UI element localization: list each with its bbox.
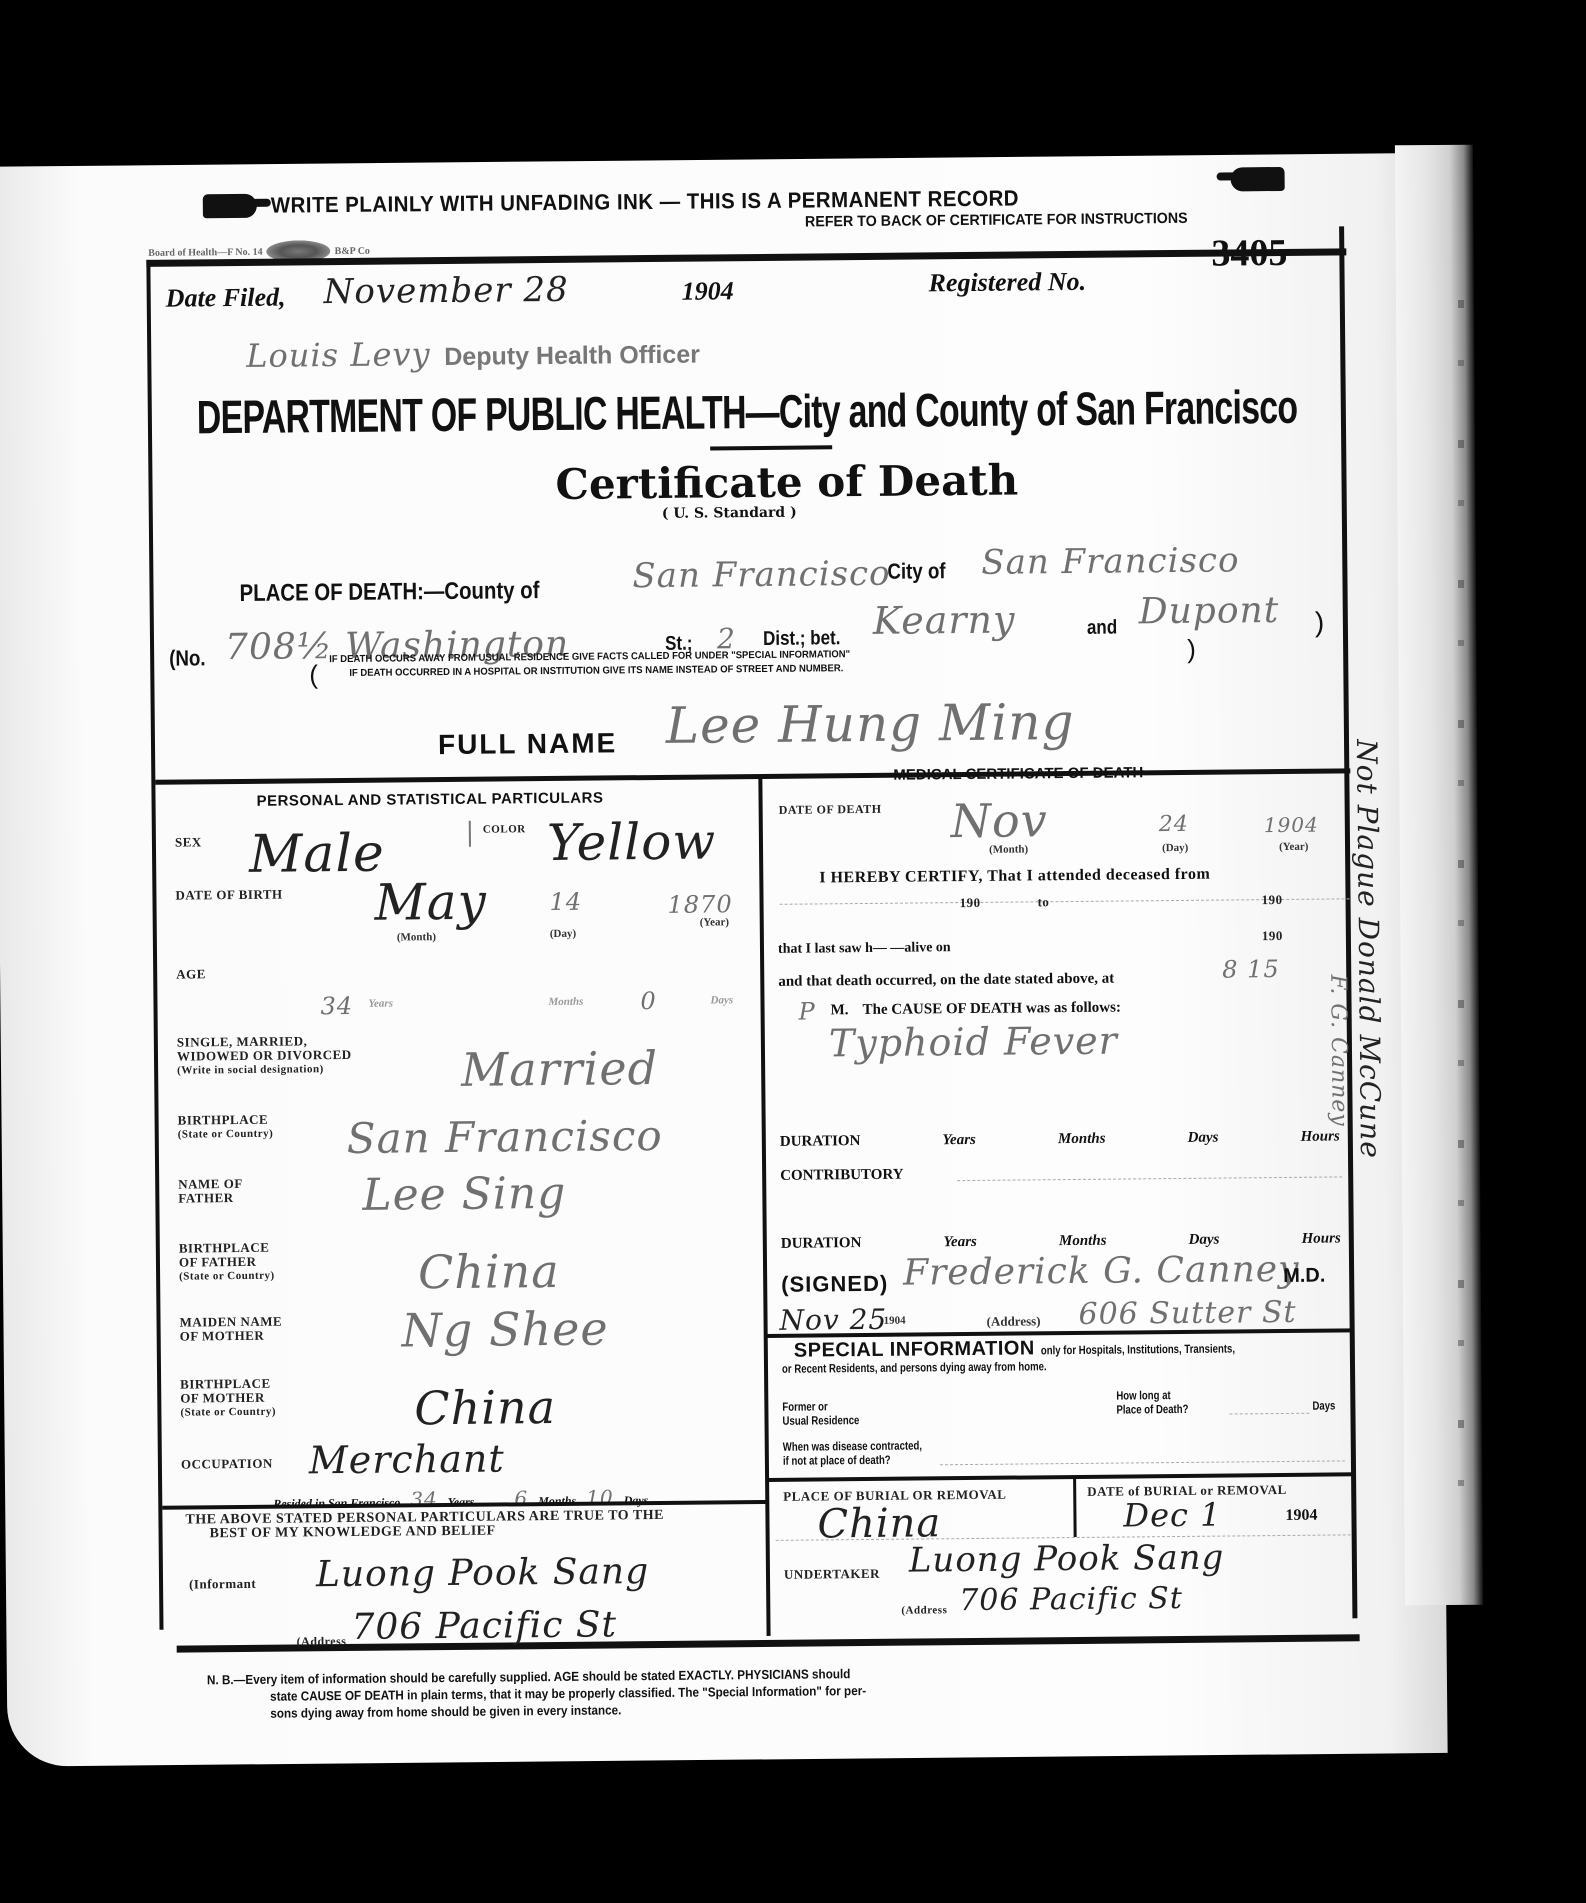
informant-label: (Informant — [189, 1577, 256, 1592]
between-2-value: Dupont — [1139, 590, 1280, 632]
physician-address-label: (Address) — [987, 1313, 1041, 1330]
paren-close: ) — [1315, 607, 1325, 639]
certificate-subtitle: ( U. S. Standard ) — [662, 505, 797, 522]
how-long-line-1: How long at — [1116, 1388, 1188, 1403]
father-birthplace-value: China — [418, 1244, 560, 1299]
contributory-line — [957, 1176, 1342, 1181]
age-days-caption: Days — [710, 994, 733, 1006]
father-label-line-2: FATHER — [178, 1191, 243, 1206]
attended-to-year: 190 — [1261, 893, 1282, 907]
undertaker-address: 706 Pacific St — [959, 1581, 1183, 1618]
date-filed-label: Date Filed, — [166, 283, 286, 314]
dob-month-caption: (Month) — [397, 931, 436, 943]
how-long-line-2: Place of Death? — [1116, 1402, 1188, 1417]
registered-label: Registered No. — [928, 267, 1086, 299]
duration-row-1: DURATION Years Months Days Hours — [780, 1128, 1340, 1150]
death-time: 8 15 — [1222, 955, 1280, 984]
duration-years: Years — [943, 1234, 977, 1251]
father-bp-line-2: OF FATHER — [179, 1255, 275, 1270]
color-label: COLOR — [483, 822, 526, 836]
attended-to-label: to — [1037, 895, 1049, 909]
city-label: City of — [887, 558, 945, 585]
pointing-hand-icon — [203, 194, 257, 219]
dob-year: 1870 — [667, 890, 732, 919]
burial-date-value: Dec 1 — [1123, 1496, 1221, 1535]
duration-hours: Hours — [1301, 1128, 1340, 1145]
dod-day: 24 — [1159, 812, 1189, 837]
mother-bp-line-2: OF MOTHER — [180, 1391, 276, 1406]
place-of-death-label: PLACE OF DEATH:—County of — [239, 577, 539, 608]
burial-year: 1904 — [1285, 1507, 1317, 1525]
informant-address: 706 Pacific St — [351, 1604, 617, 1648]
county-value: San Francisco — [632, 554, 891, 596]
resided-years: 34 — [410, 1487, 438, 1511]
marital-label-line-3: (Write in social designation) — [177, 1062, 352, 1078]
resided-months: 6 — [514, 1486, 528, 1510]
physician-address: 606 Sutter St — [1078, 1295, 1296, 1332]
father-label: NAME OF FATHER — [178, 1177, 243, 1206]
duration-months: Months — [1059, 1233, 1107, 1250]
duration-label: DURATION — [781, 1235, 862, 1253]
instructions-note: REFER TO BACK OF CERTIFICATE FOR INSTRUC… — [805, 210, 1188, 231]
personal-heading: PERSONAL AND STATISTICAL PARTICULARS — [256, 789, 603, 809]
dob-day: 14 — [549, 888, 582, 916]
signed-label: (SIGNED) — [781, 1271, 888, 1298]
occurred-text: and that death occurred, on the date sta… — [778, 971, 1114, 991]
contracted-line-1: When was disease contracted, — [783, 1438, 922, 1453]
dob-label: DATE OF BIRTH — [175, 888, 282, 903]
special-heading-line-2: or Recent Residents, and persons dying a… — [782, 1359, 1047, 1376]
date-filed-value: November 28 — [323, 270, 568, 312]
form-number: Board of Health—F No. 14 — [148, 246, 262, 258]
dob-month: May — [374, 873, 487, 932]
dod-month: Nov — [951, 793, 1048, 848]
dod-year: 1904 — [1264, 813, 1319, 838]
former-label-line-1: Former or — [782, 1399, 859, 1414]
resided-days: 10 — [586, 1485, 614, 1509]
dod-month-caption: (Month) — [989, 843, 1028, 855]
mother-bp-line-3: (State or Country) — [180, 1405, 276, 1420]
former-label-line-2: Usual Residence — [782, 1413, 859, 1428]
undertaker-address-label: (Address — [901, 1603, 947, 1617]
informant-name: Luong Pook Sang — [316, 1551, 650, 1595]
cause-label: The CAUSE OF DEATH was as follows: — [863, 1000, 1122, 1019]
registered-number: 3405 — [1211, 231, 1287, 276]
paren-close-note: ) — [1187, 634, 1196, 665]
how-long-label: How long at Place of Death? — [1116, 1388, 1188, 1417]
column-divider — [758, 776, 770, 1636]
pointing-hand-icon-right — [1231, 167, 1285, 197]
contracted-line — [940, 1460, 1345, 1465]
undertaker-name: Luong Pook Sang — [909, 1538, 1225, 1581]
section-divider — [155, 768, 1350, 784]
burial-column-divider — [1073, 1477, 1077, 1537]
sex-value: Male — [249, 824, 385, 885]
dist-label: Dist.; bet. — [763, 627, 841, 651]
days-label: Days — [1312, 1398, 1335, 1412]
pointing-hand-icon — [1231, 167, 1285, 192]
duration-months: Months — [1058, 1131, 1106, 1148]
how-long-line — [1229, 1413, 1309, 1415]
margin-note-line-1: Not Plague Donald McCune — [1350, 739, 1387, 1159]
and-label: and — [1087, 617, 1117, 640]
between-1-value: Kearny — [873, 598, 1016, 643]
printer-name: B&P Co — [335, 245, 370, 256]
dob-day-caption: (Day) — [550, 928, 576, 940]
full-name-value: Lee Hung Ming — [666, 693, 1075, 755]
mother-value: Ng Shee — [401, 1301, 608, 1357]
birthplace-label-line-1: BIRTHPLACE — [178, 1113, 274, 1128]
dod-year-caption: (Year) — [1279, 841, 1308, 853]
meridiem-handwritten: P — [798, 997, 815, 1025]
occupation-value: Merchant — [309, 1436, 505, 1482]
color-divider — [469, 821, 471, 847]
certify-text: I HEREBY CERTIFY, That I attended deceas… — [819, 866, 1210, 888]
duration-days: Days — [1189, 1232, 1220, 1249]
mother-label-line-2: OF MOTHER — [180, 1329, 283, 1344]
footer-note: N. B.—Every item of information should b… — [207, 1665, 866, 1722]
cause-of-death: Typhoid Fever — [829, 1019, 1118, 1066]
birthplace-value: San Francisco — [347, 1111, 663, 1163]
contracted-line-2: if not at place of death? — [783, 1452, 922, 1467]
marital-label-line-2: WIDOWED OR DIVORCED — [177, 1048, 352, 1064]
mother-birthplace-label: BIRTHPLACE OF MOTHER (State or Country) — [180, 1377, 276, 1420]
contracted-label: When was disease contracted, if not at p… — [783, 1438, 923, 1467]
father-bp-line-3: (State or Country) — [179, 1269, 275, 1284]
sex-label: SEX — [175, 835, 202, 849]
marital-label: SINGLE, MARRIED, WIDOWED OR DIVORCED (Wr… — [177, 1034, 352, 1078]
marital-value: Married — [461, 1041, 658, 1097]
dod-day-caption: (Day) — [1162, 842, 1188, 854]
signed-year: 1904 — [884, 1315, 906, 1327]
title-divider — [710, 445, 832, 450]
duration-years: Years — [942, 1132, 976, 1149]
informant-statement: THE ABOVE STATED PERSONAL PARTICULARS AR… — [185, 1509, 664, 1542]
father-birthplace-label: BIRTHPLACE OF FATHER (State or Country) — [179, 1241, 275, 1284]
margin-note-line-2: F. G. Canney — [1325, 974, 1351, 1127]
burial-divider — [767, 1472, 1355, 1482]
informant-address-label: (Address — [297, 1634, 347, 1648]
frame-left — [146, 260, 163, 1630]
last-saw-text: that I last saw h— —alive on — [778, 940, 951, 958]
physician-signature: Frederick G. Canney — [903, 1249, 1300, 1294]
md-label: M.D. — [1283, 1265, 1325, 1288]
death-certificate: WRITE PLAINLY WITH UNFADING INK — THIS I… — [0, 0, 1586, 1903]
meridiem-label: M. — [831, 1002, 849, 1019]
mother-birthplace-value: China — [414, 1380, 556, 1435]
medical-heading: MEDICAL CERTIFICATE OF DEATH — [893, 764, 1143, 783]
city-value: San Francisco — [981, 540, 1240, 582]
full-name-label: FULL NAME — [438, 727, 618, 761]
age-label: AGE — [176, 967, 206, 981]
mother-label: MAIDEN NAME OF MOTHER — [179, 1315, 282, 1344]
birthplace-label-line-2: (State or Country) — [178, 1127, 274, 1142]
father-value: Lee Sing — [362, 1168, 566, 1221]
age-days: 0 — [640, 987, 657, 1015]
special-heading-rest: only for Hospitals, Institutions, Transi… — [1041, 1341, 1235, 1357]
former-residence-label: Former or Usual Residence — [782, 1399, 859, 1428]
signed-date: Nov 25 — [779, 1303, 887, 1337]
deputy-title: Deputy Health Officer — [444, 341, 700, 372]
age-months-caption: Months — [548, 996, 583, 1008]
occupation-label: OCCUPATION — [181, 1457, 273, 1472]
age-years-caption: Years — [368, 998, 393, 1010]
undertaker-label: UNDERTAKER — [784, 1567, 880, 1582]
dod-label: DATE OF DEATH — [779, 802, 882, 817]
deputy-signature: Louis Levy — [246, 335, 431, 375]
birthplace-label: BIRTHPLACE (State or Country) — [178, 1113, 274, 1142]
date-filed-year: 1904 — [682, 276, 734, 306]
duration-hours: Hours — [1301, 1230, 1340, 1247]
last-saw-year: 190 — [1262, 929, 1283, 943]
informant-statement-line-2: BEST OF MY KNOWLEDGE AND BELIEF — [186, 1523, 665, 1542]
duration-days: Days — [1188, 1130, 1219, 1147]
paren-open: ( — [309, 659, 318, 690]
certificate-title: Certificate of Death — [555, 456, 1018, 509]
department-title: DEPARTMENT OF PUBLIC HEALTH—City and Cou… — [197, 379, 1298, 445]
street-no-label: (No. — [169, 645, 206, 671]
contributory-label: CONTRIBUTORY — [780, 1167, 904, 1185]
color-value: Yellow — [547, 812, 717, 872]
duration-label: DURATION — [780, 1133, 861, 1151]
attended-from-year: 190 — [959, 896, 980, 910]
footer-nb-label: N. B.— — [207, 1672, 246, 1687]
age-years: 34 — [320, 992, 353, 1020]
dob-year-caption: (Year) — [700, 916, 729, 928]
